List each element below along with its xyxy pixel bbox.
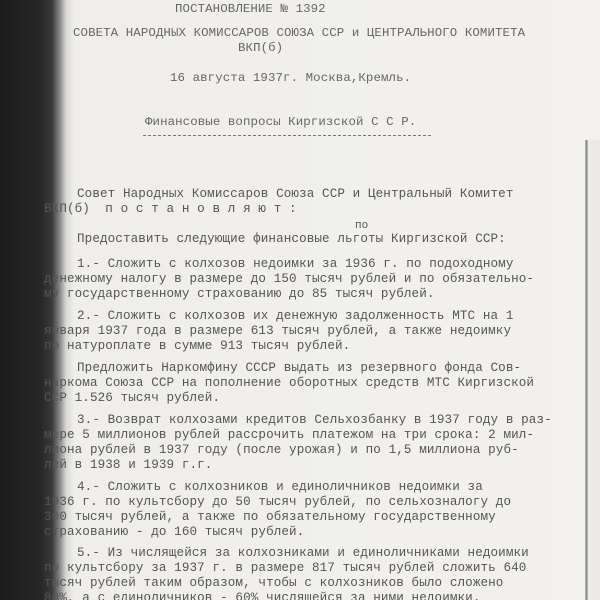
paragraph-3-line: лей в 1938 и 1939 г.г. bbox=[44, 458, 212, 472]
paragraph-2-line: по натуроплате в сумме 913 тысяч рублей. bbox=[44, 339, 350, 353]
preamble-line-2: ВКП(б) п о с т а н о в л я ю т : bbox=[44, 202, 297, 216]
paragraph-5-line: 5.- Из числящейся за колхозниками и един… bbox=[77, 546, 529, 560]
resolution-number: ПОСТАНОВЛЕНИЕ № 1392 bbox=[175, 2, 326, 16]
paragraph-1-line: 1.- Сложить с колхозов недоимки за 1936 … bbox=[77, 257, 513, 271]
page-margin bbox=[588, 140, 600, 600]
date-place: 16 августа 1937г. Москва,Кремль. bbox=[170, 71, 411, 85]
document-title: Финансовые вопросы Киргизской С С Р. bbox=[145, 115, 416, 129]
paragraph-4-line: 4.- Сложить с колхозников и единоличнико… bbox=[77, 480, 483, 494]
page-edge-shadow bbox=[585, 140, 588, 600]
paragraph-1-line: му государственному страхованию до 85 ты… bbox=[44, 287, 435, 301]
handwritten-insert: по bbox=[355, 220, 368, 232]
paragraph-2-line: января 1937 года в размере 613 тысяч руб… bbox=[44, 324, 511, 338]
paragraph-5-line: 80%, а с единоличников - 60% числящейся … bbox=[44, 591, 480, 600]
paragraph-5-line: по культсбору за 1937 г. в размере 817 т… bbox=[44, 561, 526, 575]
intro-line: Предоставить следующие финансовые льготы… bbox=[77, 232, 506, 246]
preamble-line-1: Совет Народных Комиссаров Союза ССР и Це… bbox=[77, 187, 513, 201]
paragraph-4-line: 1936 г. по культсбору до 50 тысяч рублей… bbox=[44, 495, 511, 509]
paragraph-3-line: 3.- Возврат колхозами кредитов Сельхозба… bbox=[77, 413, 552, 427]
narkomfin-line: наркома Союза ССР на пополнение оборотны… bbox=[44, 376, 534, 390]
paragraph-1-line: денежному налогу в размере до 150 тысяч … bbox=[44, 272, 534, 286]
narkomfin-line: Предложить Наркомфину СССР выдать из рез… bbox=[77, 361, 521, 375]
paragraph-3-line: лиона рублей в 1937 году (после урожая) … bbox=[44, 443, 519, 457]
issuer-line-2: ВКП(б) bbox=[238, 41, 283, 55]
issuer-line-1: СОВЕТА НАРОДНЫХ КОМИССАРОВ СОЮЗА ССР и Ц… bbox=[73, 26, 525, 40]
paragraph-2-line: 2.- Сложить с колхозов их денежную задол… bbox=[77, 309, 513, 323]
paragraph-5-line: тысяч рублей таким образом, чтобы с колх… bbox=[44, 576, 503, 590]
paragraph-4-line: 300 тысяч рублей, а также по обязательно… bbox=[44, 510, 496, 524]
narkomfin-line: ССР 1.526 тысяч рублей. bbox=[44, 391, 220, 405]
paragraph-4-line: страхованию - до 160 тысяч рублей. bbox=[44, 525, 304, 539]
paragraph-3-line: мере 5 миллионов рублей рассрочить плате… bbox=[44, 428, 534, 442]
title-underline bbox=[143, 135, 431, 136]
